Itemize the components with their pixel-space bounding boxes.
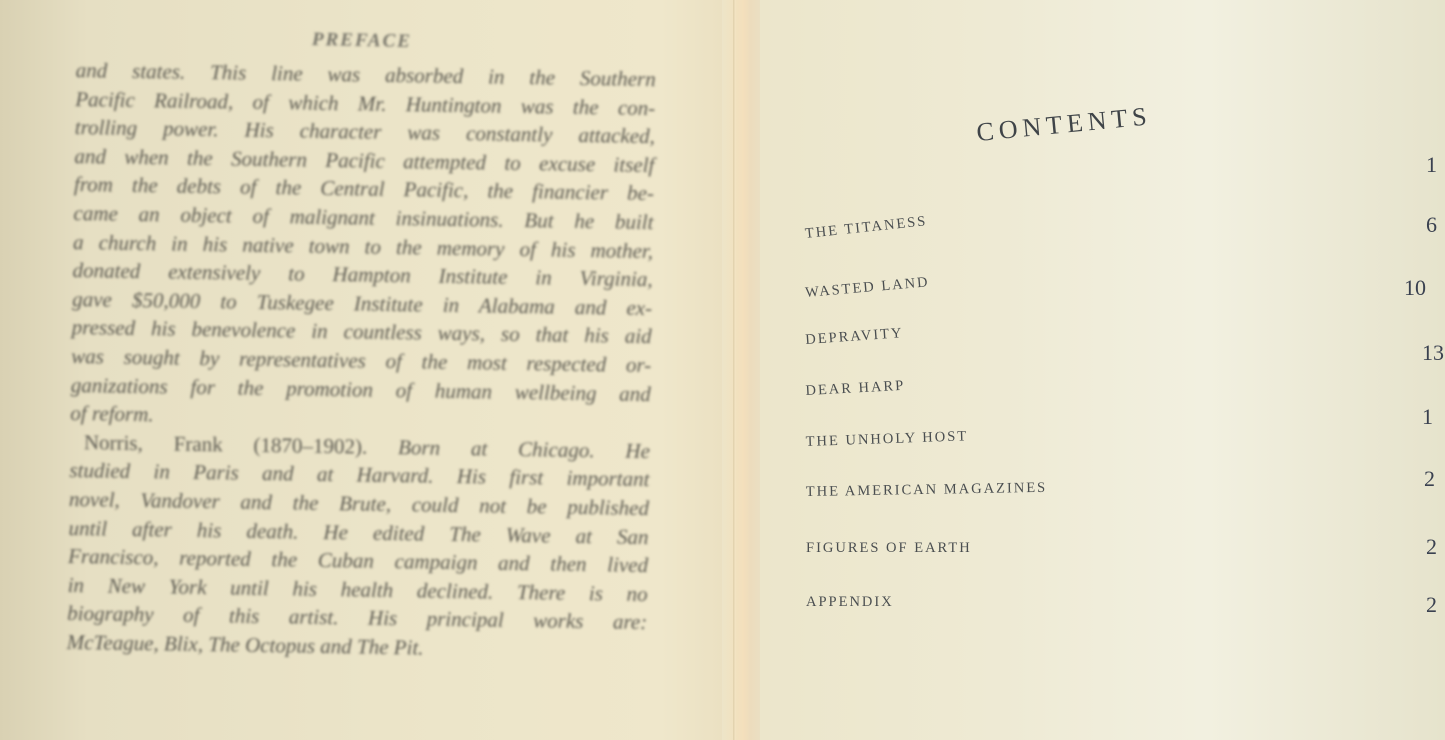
toc-title: WASTED LAND [805,274,931,302]
toc-page-number: 10 [1404,275,1426,301]
toc-page-number: 1 [1422,404,1433,430]
toc-entry[interactable]: APPENDIX 2 [760,594,1445,624]
contents-heading: CONTENTS [975,101,1153,148]
toc-title: DEPRAVITY [805,325,904,349]
left-page-preface: PREFACE and states. This line was absorb… [0,0,735,740]
toc-entry[interactable]: FIGURES OF EARTH 2 [760,538,1445,568]
toc-page-number: 13 [1422,340,1444,366]
open-book-spread: PREFACE and states. This line was absorb… [0,0,1445,740]
toc-title: THE TITANESS [804,213,928,243]
toc-entry[interactable]: DEAR HARP 1 [760,380,1445,410]
toc-entry[interactable]: THE TITANESS 6 [760,212,1445,242]
preface-body-text: and states. This line was absorbed in th… [67,56,656,666]
toc-entry[interactable]: WASTED LAND 10 [760,275,1445,305]
running-head: PREFACE [312,29,412,53]
toc-title: APPENDIX [806,594,894,611]
toc-entry: 1 [760,152,1445,182]
author-name: Norris, Frank [84,430,223,456]
author-dates: (1870–1902). [253,433,367,459]
toc-page-number: 1 [1426,152,1437,178]
toc-title: FIGURES OF EARTH [806,540,972,557]
toc-title: DEAR HARP [805,378,906,400]
toc-page-number: 2 [1426,534,1437,560]
toc-entry[interactable]: THE AMERICAN MAGAZINES [760,484,1445,514]
toc-page-number: 2 [1426,592,1437,618]
right-page-contents: CONTENTS 1 THE TITANESS 6 WASTED LAND 10… [760,0,1445,740]
left-page-text-area: PREFACE and states. This line was absorb… [0,0,735,740]
gutter-fold [733,0,736,740]
toc-entry[interactable]: THE UNHOLY HOST 2 [760,430,1445,460]
toc-page-number: 6 [1426,212,1437,238]
toc-entry[interactable]: DEPRAVITY 13 [760,330,1445,360]
toc-title: THE UNHOLY HOST [805,428,968,451]
toc-title: THE AMERICAN MAGAZINES [806,480,1048,501]
text-segment: Born at Chicago. He [398,435,650,463]
